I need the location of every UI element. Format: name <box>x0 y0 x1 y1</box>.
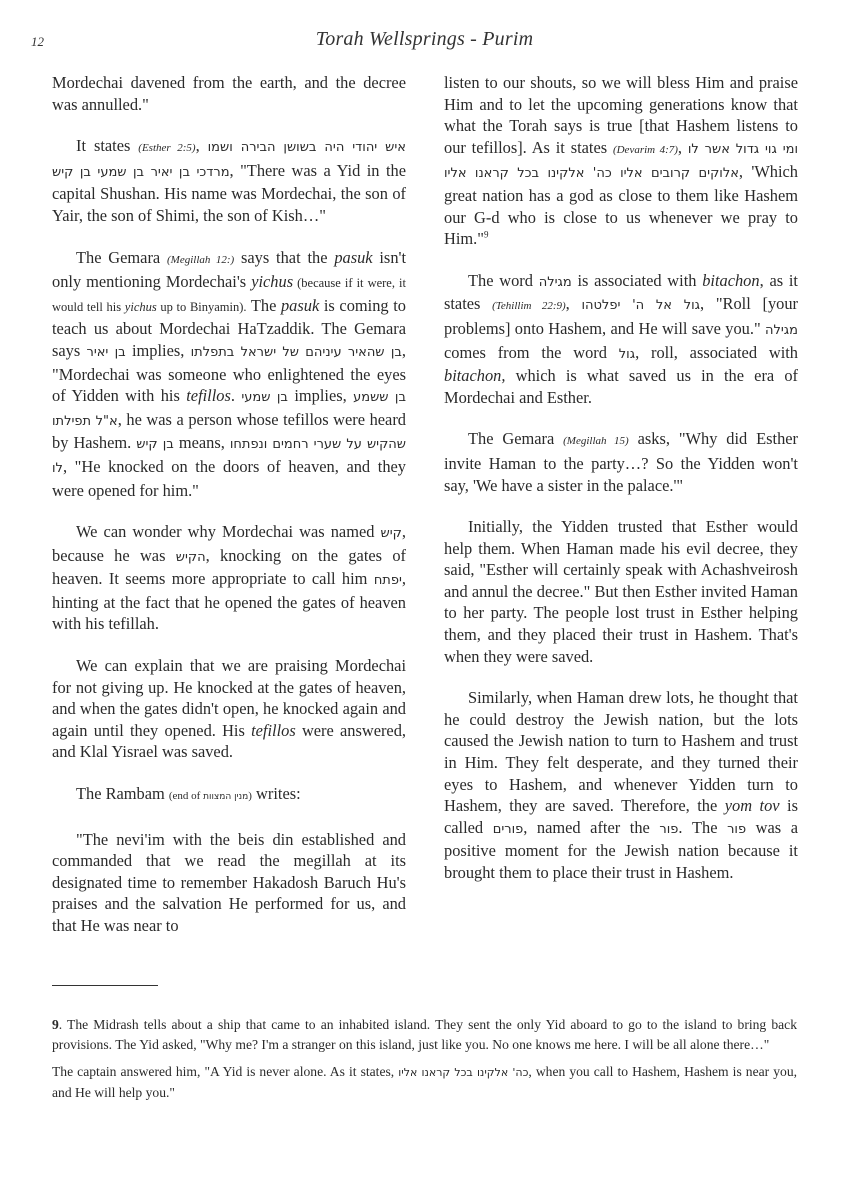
hebrew-word: גול <box>619 347 635 362</box>
hebrew-reference: מנין המצוות <box>203 792 248 802</box>
hebrew-word: יפתח <box>374 573 402 588</box>
source-reference: (Megillah 12:) <box>167 254 234 266</box>
source-reference: (Tehillim 22:9) <box>492 300 566 312</box>
paragraph: Initially, the Yidden trusted that Esthe… <box>444 516 798 667</box>
hebrew-word: מגילה <box>765 323 798 338</box>
hebrew-quote: כה' אלקינו בכל קראנו אליו <box>398 1066 528 1079</box>
hebrew-quote: בן שמעי <box>241 390 288 405</box>
footnote-marker[interactable]: 9 <box>484 230 489 240</box>
footnote: 9. The Midrash tells about a ship that c… <box>52 1015 797 1054</box>
paragraph: The Gemara (Megillah 15) asks, "Why did … <box>444 428 798 496</box>
paragraph: Mordechai davened from the earth, and th… <box>52 72 406 115</box>
paragraph: "The nevi'im with the beis din establish… <box>52 829 406 937</box>
paragraph: It states (Esther 2:5), איש יהודי היה בש… <box>52 135 406 226</box>
paragraph: The word מגילה is associated with bitach… <box>444 270 798 409</box>
running-title: Torah Wellsprings - Purim <box>0 28 849 51</box>
paragraph: We can wonder why Mordechai was named קי… <box>52 521 406 635</box>
footnote-number: 9 <box>52 1017 59 1032</box>
paragraph: Similarly, when Haman drew lots, he thou… <box>444 687 798 883</box>
right-column: listen to our shouts, so we will bless H… <box>444 72 798 904</box>
source-reference: (Esther 2:5) <box>138 142 195 154</box>
paragraph: listen to our shouts, so we will bless H… <box>444 72 798 250</box>
hebrew-word: פור <box>727 822 746 837</box>
hebrew-word: מגילה <box>539 275 572 290</box>
hebrew-quote: בן יאיר <box>87 345 126 360</box>
hebrew-word: הקיש <box>176 550 206 565</box>
page-header: 12 Torah Wellsprings - Purim <box>0 0 849 50</box>
source-reference: (Megillah 15) <box>563 435 629 447</box>
hebrew-quote: גול אל ה' יפלטהו <box>581 298 700 313</box>
hebrew-word: פורים <box>493 822 524 837</box>
paragraph: The Gemara (Megillah 12:) says that the … <box>52 247 406 502</box>
footnote-continuation: The captain answered him, "A Yid is neve… <box>52 1062 797 1102</box>
paragraph: The Rambam (end of מנין המצוות) writes: <box>52 783 406 809</box>
left-column: Mordechai davened from the earth, and th… <box>52 72 406 957</box>
paragraph: We can explain that we are praising Mord… <box>52 655 406 763</box>
hebrew-word: פור <box>659 822 678 837</box>
source-reference: (Devarim 4:7) <box>613 144 678 156</box>
hebrew-word: קיש <box>381 526 402 541</box>
footnotes: 9. The Midrash tells about a ship that c… <box>52 1015 797 1110</box>
hebrew-quote: בן קיש <box>136 437 173 452</box>
footnote-divider <box>52 985 158 986</box>
hebrew-quote: בן שהאיר עיניהם של ישראל בתפלתו <box>191 345 402 360</box>
